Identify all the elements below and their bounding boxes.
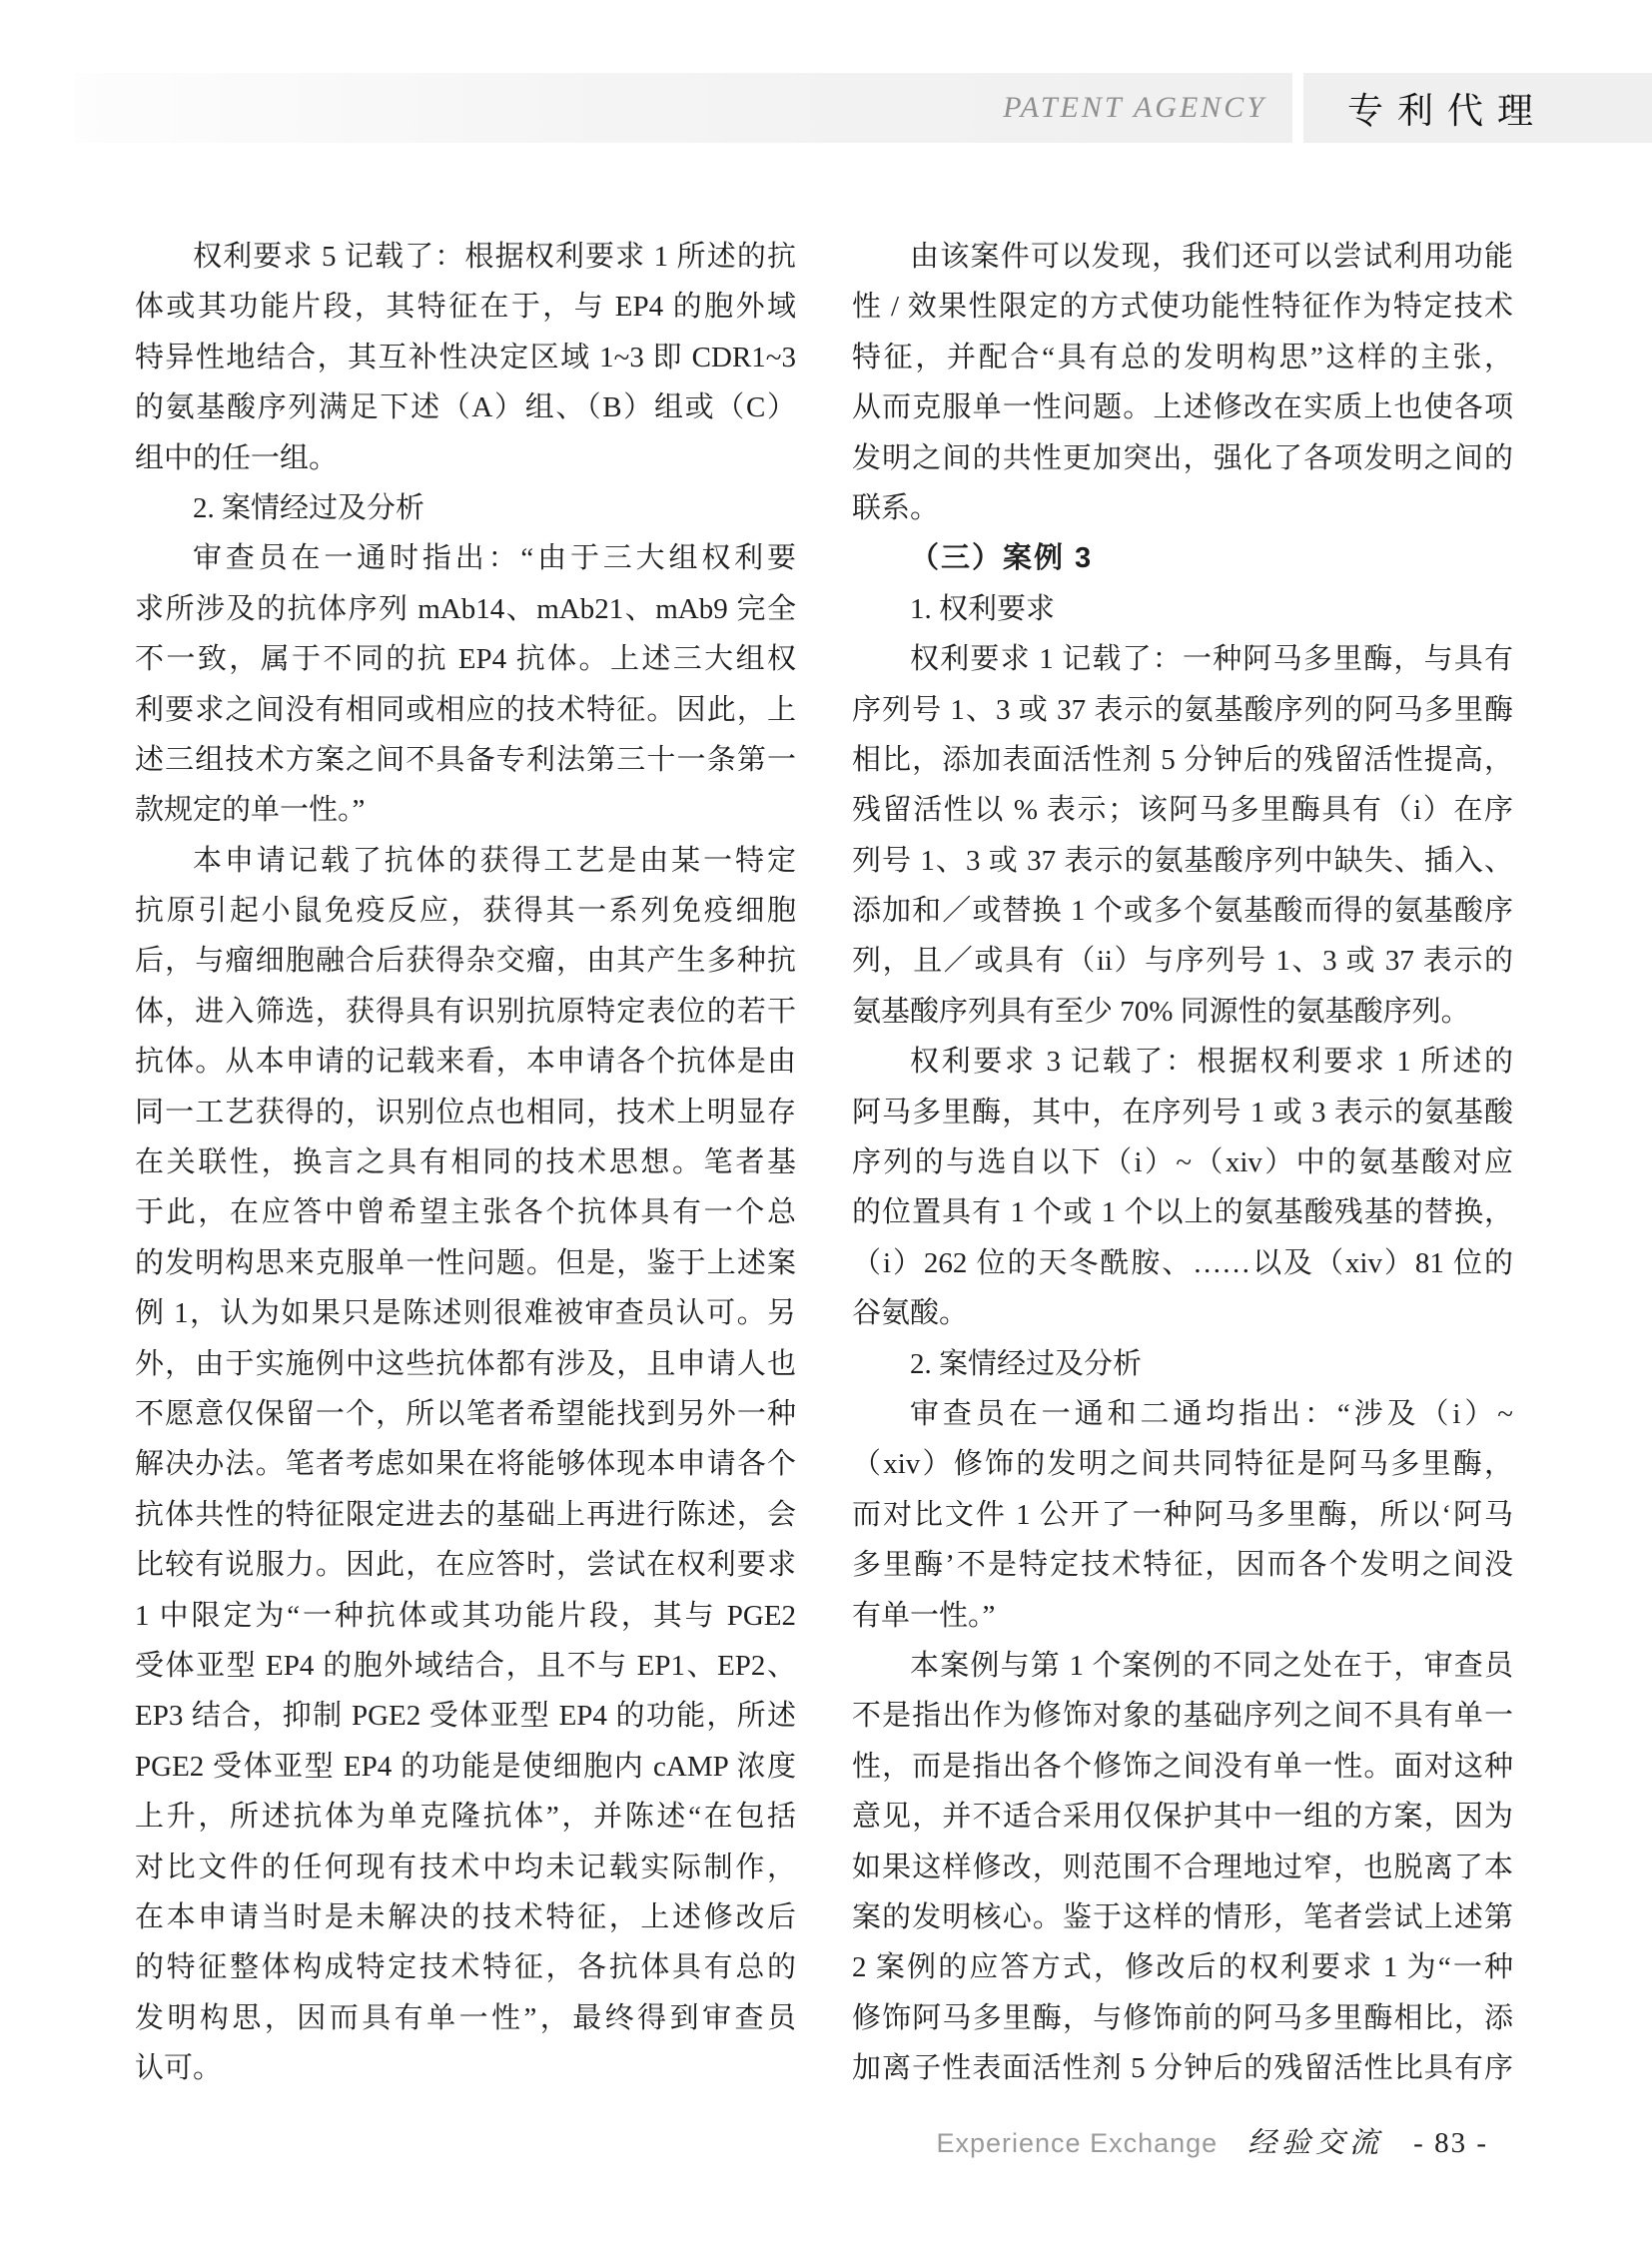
text-line: 性，而是指出各个修饰之间没有单一性。面对这种 bbox=[852, 1742, 1513, 1792]
footer-section-en: Experience Exchange bbox=[936, 2128, 1218, 2159]
text-line: 的特征整体构成特定技术特征，各抗体具有总的 bbox=[135, 1942, 796, 1992]
header-band: PATENT AGENCY bbox=[75, 73, 1292, 143]
text-line: 1. 权利要求 bbox=[852, 584, 1513, 634]
text-line: 抗体共性的特征限定进去的基础上再进行陈述，会 bbox=[135, 1490, 796, 1540]
text-line: 多里酶’不是特定技术特征，因而各个发明之间没 bbox=[852, 1540, 1513, 1590]
text-line: 利要求之间没有相同或相应的技术特征。因此，上 bbox=[135, 685, 796, 735]
text-line: 谷氨酸。 bbox=[852, 1288, 1513, 1338]
text-line: 受体亚型 EP4 的胞外域结合，且不与 EP1、EP2、 bbox=[135, 1641, 796, 1691]
text-line: 款规定的单一性。” bbox=[135, 785, 796, 835]
text-line: 案的发明核心。鉴于这样的情形，笔者尝试上述第 bbox=[852, 1892, 1513, 1942]
text-line: 述三组技术方案之间不具备专利法第三十一条第一 bbox=[135, 735, 796, 785]
text-line: 性 / 效果性限定的方式使功能性特征作为特定技术 bbox=[852, 282, 1513, 332]
text-line: 特征，并配合“具有总的发明构思”这样的主张， bbox=[852, 333, 1513, 382]
footer: Experience Exchange 经验交流 - 83 - bbox=[936, 2120, 1488, 2161]
text-line: 解决办法。笔者考虑如果在将能够体现本申请各个 bbox=[135, 1439, 796, 1489]
text-line: 列号 1、3 或 37 表示的氨基酸序列中缺失、插入、 bbox=[852, 836, 1513, 886]
text-line: 阿马多里酶，其中，在序列号 1 或 3 表示的氨基酸 bbox=[852, 1088, 1513, 1137]
text-line: 在关联性，换言之具有相同的技术思想。笔者基 bbox=[135, 1137, 796, 1187]
text-line: 添加和／或替换 1 个或多个氨基酸而得的氨基酸序 bbox=[852, 886, 1513, 936]
text-line: 后，与瘤细胞融合后获得杂交瘤，由其产生多种抗 bbox=[135, 936, 796, 986]
text-line: 氨基酸序列具有至少 70% 同源性的氨基酸序列。 bbox=[852, 987, 1513, 1037]
text-line: 由该案件可以发现，我们还可以尝试利用功能 bbox=[852, 232, 1513, 282]
text-line: 相比，添加表面活性剂 5 分钟后的残留活性提高， bbox=[852, 735, 1513, 785]
text-line: 体，进入筛选，获得具有识别抗原特定表位的若干 bbox=[135, 987, 796, 1037]
text-line: 1 中限定为“一种抗体或其功能片段，其与 PGE2 bbox=[135, 1591, 796, 1641]
text-line: 例 1，认为如果只是陈述则很难被审查员认可。另 bbox=[135, 1288, 796, 1338]
text-line: 比较有说服力。因此，在应答时，尝试在权利要求 bbox=[135, 1540, 796, 1590]
text-line: （三）案例 3 bbox=[852, 533, 1513, 583]
column-left: 权利要求 5 记载了：根据权利要求 1 所述的抗体或其功能片段，其特征在于，与 … bbox=[135, 232, 796, 2093]
text-line: 不愿意仅保留一个，所以笔者希望能找到另外一种 bbox=[135, 1389, 796, 1439]
text-line: 权利要求 3 记载了：根据权利要求 1 所述的 bbox=[852, 1037, 1513, 1087]
text-line: 如果这样修改，则范围不合理地过窄，也脱离了本 bbox=[852, 1843, 1513, 1892]
text-line: （i）262 位的天冬酰胺、……以及（xiv）81 位的 bbox=[852, 1238, 1513, 1288]
header-zh-band: 专利代理 bbox=[1303, 73, 1652, 143]
text-line: 2 案例的应答方式，修改后的权利要求 1 为“一种 bbox=[852, 1942, 1513, 1992]
text-line: 有单一性。” bbox=[852, 1591, 1513, 1641]
column-right: 由该案件可以发现，我们还可以尝试利用功能性 / 效果性限定的方式使功能性特征作为… bbox=[852, 232, 1513, 2093]
text-line: 列，且／或具有（ii）与序列号 1、3 或 37 表示的 bbox=[852, 936, 1513, 986]
page-number: - 83 - bbox=[1413, 2127, 1488, 2160]
text-line: 求所涉及的抗体序列 mAb14、mAb21、mAb9 完全 bbox=[135, 584, 796, 634]
text-line: 的位置具有 1 个或 1 个以上的氨基酸残基的替换， bbox=[852, 1187, 1513, 1237]
text-line: 序列号 1、3 或 37 表示的氨基酸序列的阿马多里酶 bbox=[852, 685, 1513, 735]
text-line: 抗原引起小鼠免疫反应，获得其一系列免疫细胞 bbox=[135, 886, 796, 936]
text-line: 对比文件的任何现有技术中均未记载实际制作， bbox=[135, 1843, 796, 1892]
text-line: 审查员在一通时指出：“由于三大组权利要 bbox=[135, 533, 796, 583]
text-line: 权利要求 5 记载了：根据权利要求 1 所述的抗 bbox=[135, 232, 796, 282]
text-line: 的氨基酸序列满足下述（A）组、（B）组或（C） bbox=[135, 382, 796, 432]
text-line: 的发明构思来克服单一性问题。但是，鉴于上述案 bbox=[135, 1238, 796, 1288]
text-line: 2. 案情经过及分析 bbox=[135, 483, 796, 533]
text-line: 发明之间的共性更加突出，强化了各项发明之间的 bbox=[852, 433, 1513, 483]
text-line: 认可。 bbox=[135, 2043, 796, 2093]
text-line: 上升，所述抗体为单克隆抗体”，并陈述“在包括 bbox=[135, 1792, 796, 1842]
text-line: 不一致，属于不同的抗 EP4 抗体。上述三大组权 bbox=[135, 634, 796, 684]
text-line: 体或其功能片段，其特征在于，与 EP4 的胞外域 bbox=[135, 282, 796, 332]
text-line: 2. 案情经过及分析 bbox=[852, 1339, 1513, 1389]
text-line: 特异性地结合，其互补性决定区域 1~3 即 CDR1~3 bbox=[135, 333, 796, 382]
text-line: （xiv）修饰的发明之间共同特征是阿马多里酶， bbox=[852, 1439, 1513, 1489]
text-line: 发明构思，因而具有单一性”，最终得到审查员 bbox=[135, 1993, 796, 2043]
text-line: 序列的与选自以下（i）~（xiv）中的氨基酸对应 bbox=[852, 1137, 1513, 1187]
text-line: 联系。 bbox=[852, 483, 1513, 533]
text-line: 而对比文件 1 公开了一种阿马多里酶，所以‘阿马 bbox=[852, 1490, 1513, 1540]
text-line: 同一工艺获得的，识别位点也相同，技术上明显存 bbox=[135, 1088, 796, 1137]
text-line: 在本申请当时是未解决的技术特征，上述修改后 bbox=[135, 1892, 796, 1942]
journal-title-zh: 专利代理 bbox=[1347, 83, 1547, 134]
footer-section-zh: 经验交流 bbox=[1247, 2120, 1383, 2161]
text-line: 外，由于实施例中这些抗体都有涉及，且申请人也 bbox=[135, 1339, 796, 1389]
text-line: 修饰阿马多里酶，与修饰前的阿马多里酶相比，添 bbox=[852, 1993, 1513, 2043]
text-line: 本申请记载了抗体的获得工艺是由某一特定 bbox=[135, 836, 796, 886]
text-line: 不是指出作为修饰对象的基础序列之间不具有单一 bbox=[852, 1691, 1513, 1741]
text-line: 从而克服单一性问题。上述修改在实质上也使各项 bbox=[852, 382, 1513, 432]
text-line: 残留活性以 % 表示；该阿马多里酶具有（i）在序 bbox=[852, 785, 1513, 835]
text-line: 组中的任一组。 bbox=[135, 433, 796, 483]
text-line: PGE2 受体亚型 EP4 的功能是使细胞内 cAMP 浓度 bbox=[135, 1742, 796, 1792]
text-line: 抗体。从本申请的记载来看，本申请各个抗体是由 bbox=[135, 1037, 796, 1087]
text-line: EP3 结合，抑制 PGE2 受体亚型 EP4 的功能，所述 bbox=[135, 1691, 796, 1741]
text-line: 意见，并不适合采用仅保护其中一组的方案，因为 bbox=[852, 1792, 1513, 1842]
text-line: 本案例与第 1 个案例的不同之处在于，审查员 bbox=[852, 1641, 1513, 1691]
text-line: 加离子性表面活性剂 5 分钟后的残留活性比具有序 bbox=[852, 2043, 1513, 2093]
text-line: 于此，在应答中曾希望主张各个抗体具有一个总 bbox=[135, 1187, 796, 1237]
text-line: 权利要求 1 记载了：一种阿马多里酶，与具有 bbox=[852, 634, 1513, 684]
page: { "header": { "journal_title_en": "PATEN… bbox=[0, 0, 1652, 2242]
journal-title-en: PATENT AGENCY bbox=[1003, 91, 1266, 125]
text-line: 审查员在一通和二通均指出：“涉及（i）~ bbox=[852, 1389, 1513, 1439]
